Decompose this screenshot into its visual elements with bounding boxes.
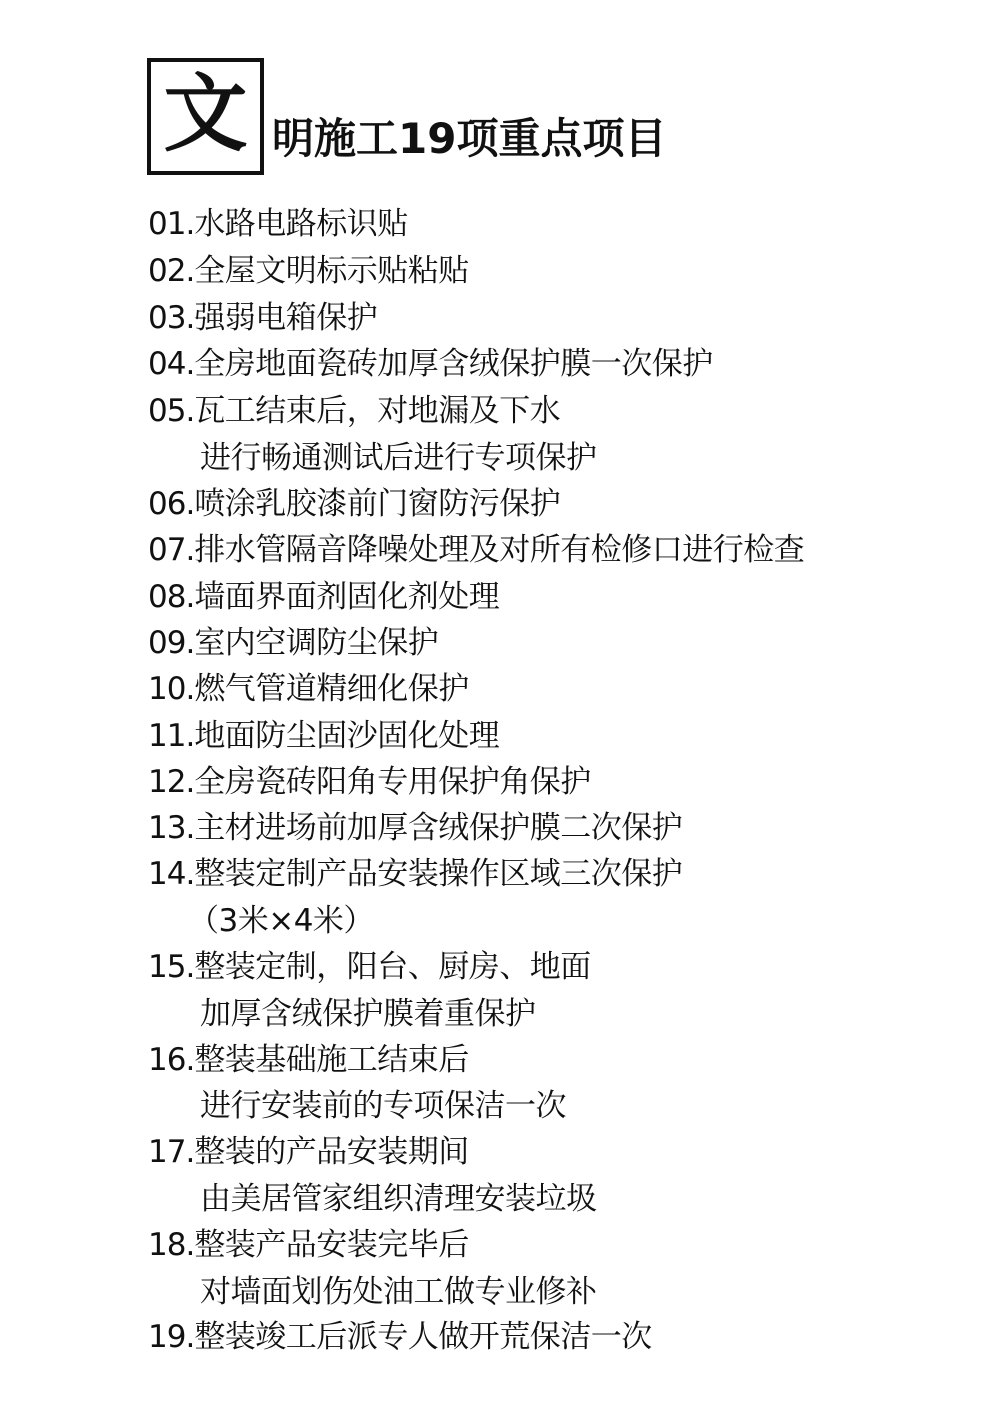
list-item-15-continuation: 加厚含绒保护膜着重保护 (200, 994, 536, 1034)
item-text: 全房瓷砖阳角专用保护角保护 (194, 764, 591, 800)
list-item-03: 03.强弱电箱保护 (148, 298, 377, 338)
list-item-18-continuation: 对墙面划伤处油工做专业修补 (200, 1272, 597, 1312)
list-item-17: 17.整装的产品安装期间 (148, 1132, 469, 1172)
list-item-05-continuation: 进行畅通测试后进行专项保护 (200, 438, 597, 478)
list-item-12: 12.全房瓷砖阳角专用保护角保护 (148, 762, 591, 802)
item-number: 04. (148, 346, 194, 382)
list-item-14: 14.整装定制产品安装操作区域三次保护 (148, 854, 682, 894)
list-item-17-continuation: 由美居管家组织清理安装垃圾 (200, 1179, 597, 1219)
item-number: 05. (148, 393, 194, 429)
item-number: 15. (148, 949, 194, 985)
list-item-08: 08.墙面界面剂固化剂处理 (148, 577, 499, 617)
list-item-19: 19.整装竣工后派专人做开荒保洁一次 (148, 1317, 652, 1357)
item-number: 03. (148, 300, 194, 336)
item-text: 瓦工结束后，对地漏及下水 (194, 393, 560, 429)
item-text: 整装定制，阳台、厨房、地面 (194, 949, 591, 985)
item-text: 整装产品安装完毕后 (194, 1227, 469, 1263)
item-text: 全房地面瓷砖加厚含绒保护膜一次保护 (194, 346, 713, 382)
item-text: 墙面界面剂固化剂处理 (194, 579, 499, 615)
title-boxed-char-frame: 文 (147, 58, 264, 175)
list-item-05: 05.瓦工结束后，对地漏及下水 (148, 391, 560, 431)
item-number: 19. (148, 1319, 194, 1355)
list-item-15: 15.整装定制，阳台、厨房、地面 (148, 947, 591, 987)
item-text: 室内空调防尘保护 (194, 625, 438, 661)
item-text: 整装基础施工结束后 (194, 1042, 469, 1078)
list-item-16-continuation: 进行安装前的专项保洁一次 (200, 1086, 566, 1126)
item-number: 16. (148, 1042, 194, 1078)
item-number: 08. (148, 579, 194, 615)
title-boxed-char: 文 (163, 72, 247, 156)
item-number: 17. (148, 1134, 194, 1170)
page-title: 明施工19项重点项目 (272, 118, 666, 160)
item-number: 09. (148, 625, 194, 661)
item-text: 燃气管道精细化保护 (194, 671, 469, 707)
item-text: 水路电路标识贴 (194, 206, 408, 242)
item-number: 12. (148, 764, 194, 800)
item-number: 01. (148, 206, 194, 242)
item-text: 整装定制产品安装操作区域三次保护 (194, 856, 682, 892)
item-text: 主材进场前加厚含绒保护膜二次保护 (194, 810, 682, 846)
item-text: 地面防尘固沙固化处理 (194, 718, 499, 754)
item-text: 整装的产品安装期间 (194, 1134, 469, 1170)
item-number: 02. (148, 253, 194, 289)
list-item-01: 01.水路电路标识贴 (148, 204, 408, 244)
list-item-07: 07.排水管隔音降噪处理及对所有检修口进行检查 (148, 530, 804, 570)
item-text: 喷涂乳胶漆前门窗防污保护 (194, 486, 560, 522)
list-item-16: 16.整装基础施工结束后 (148, 1040, 469, 1080)
item-text: 强弱电箱保护 (194, 300, 377, 336)
item-number: 06. (148, 486, 194, 522)
list-item-02: 02.全屋文明标示贴粘贴 (148, 251, 469, 291)
item-number: 14. (148, 856, 194, 892)
item-text: 全屋文明标示贴粘贴 (194, 253, 469, 289)
item-number: 11. (148, 718, 194, 754)
list-item-14-continuation: （3米×4米） (188, 901, 374, 941)
item-number: 18. (148, 1227, 194, 1263)
list-item-18: 18.整装产品安装完毕后 (148, 1225, 469, 1265)
list-item-04: 04.全房地面瓷砖加厚含绒保护膜一次保护 (148, 344, 713, 384)
item-text: 整装竣工后派专人做开荒保洁一次 (194, 1319, 652, 1355)
list-item-10: 10.燃气管道精细化保护 (148, 669, 469, 709)
item-number: 13. (148, 810, 194, 846)
list-item-09: 09.室内空调防尘保护 (148, 623, 438, 663)
item-number: 10. (148, 671, 194, 707)
item-number: 07. (148, 532, 194, 568)
item-text: 排水管隔音降噪处理及对所有检修口进行检查 (194, 532, 804, 568)
list-item-13: 13.主材进场前加厚含绒保护膜二次保护 (148, 808, 682, 848)
list-item-06: 06.喷涂乳胶漆前门窗防污保护 (148, 484, 560, 524)
list-item-11: 11.地面防尘固沙固化处理 (148, 716, 499, 756)
